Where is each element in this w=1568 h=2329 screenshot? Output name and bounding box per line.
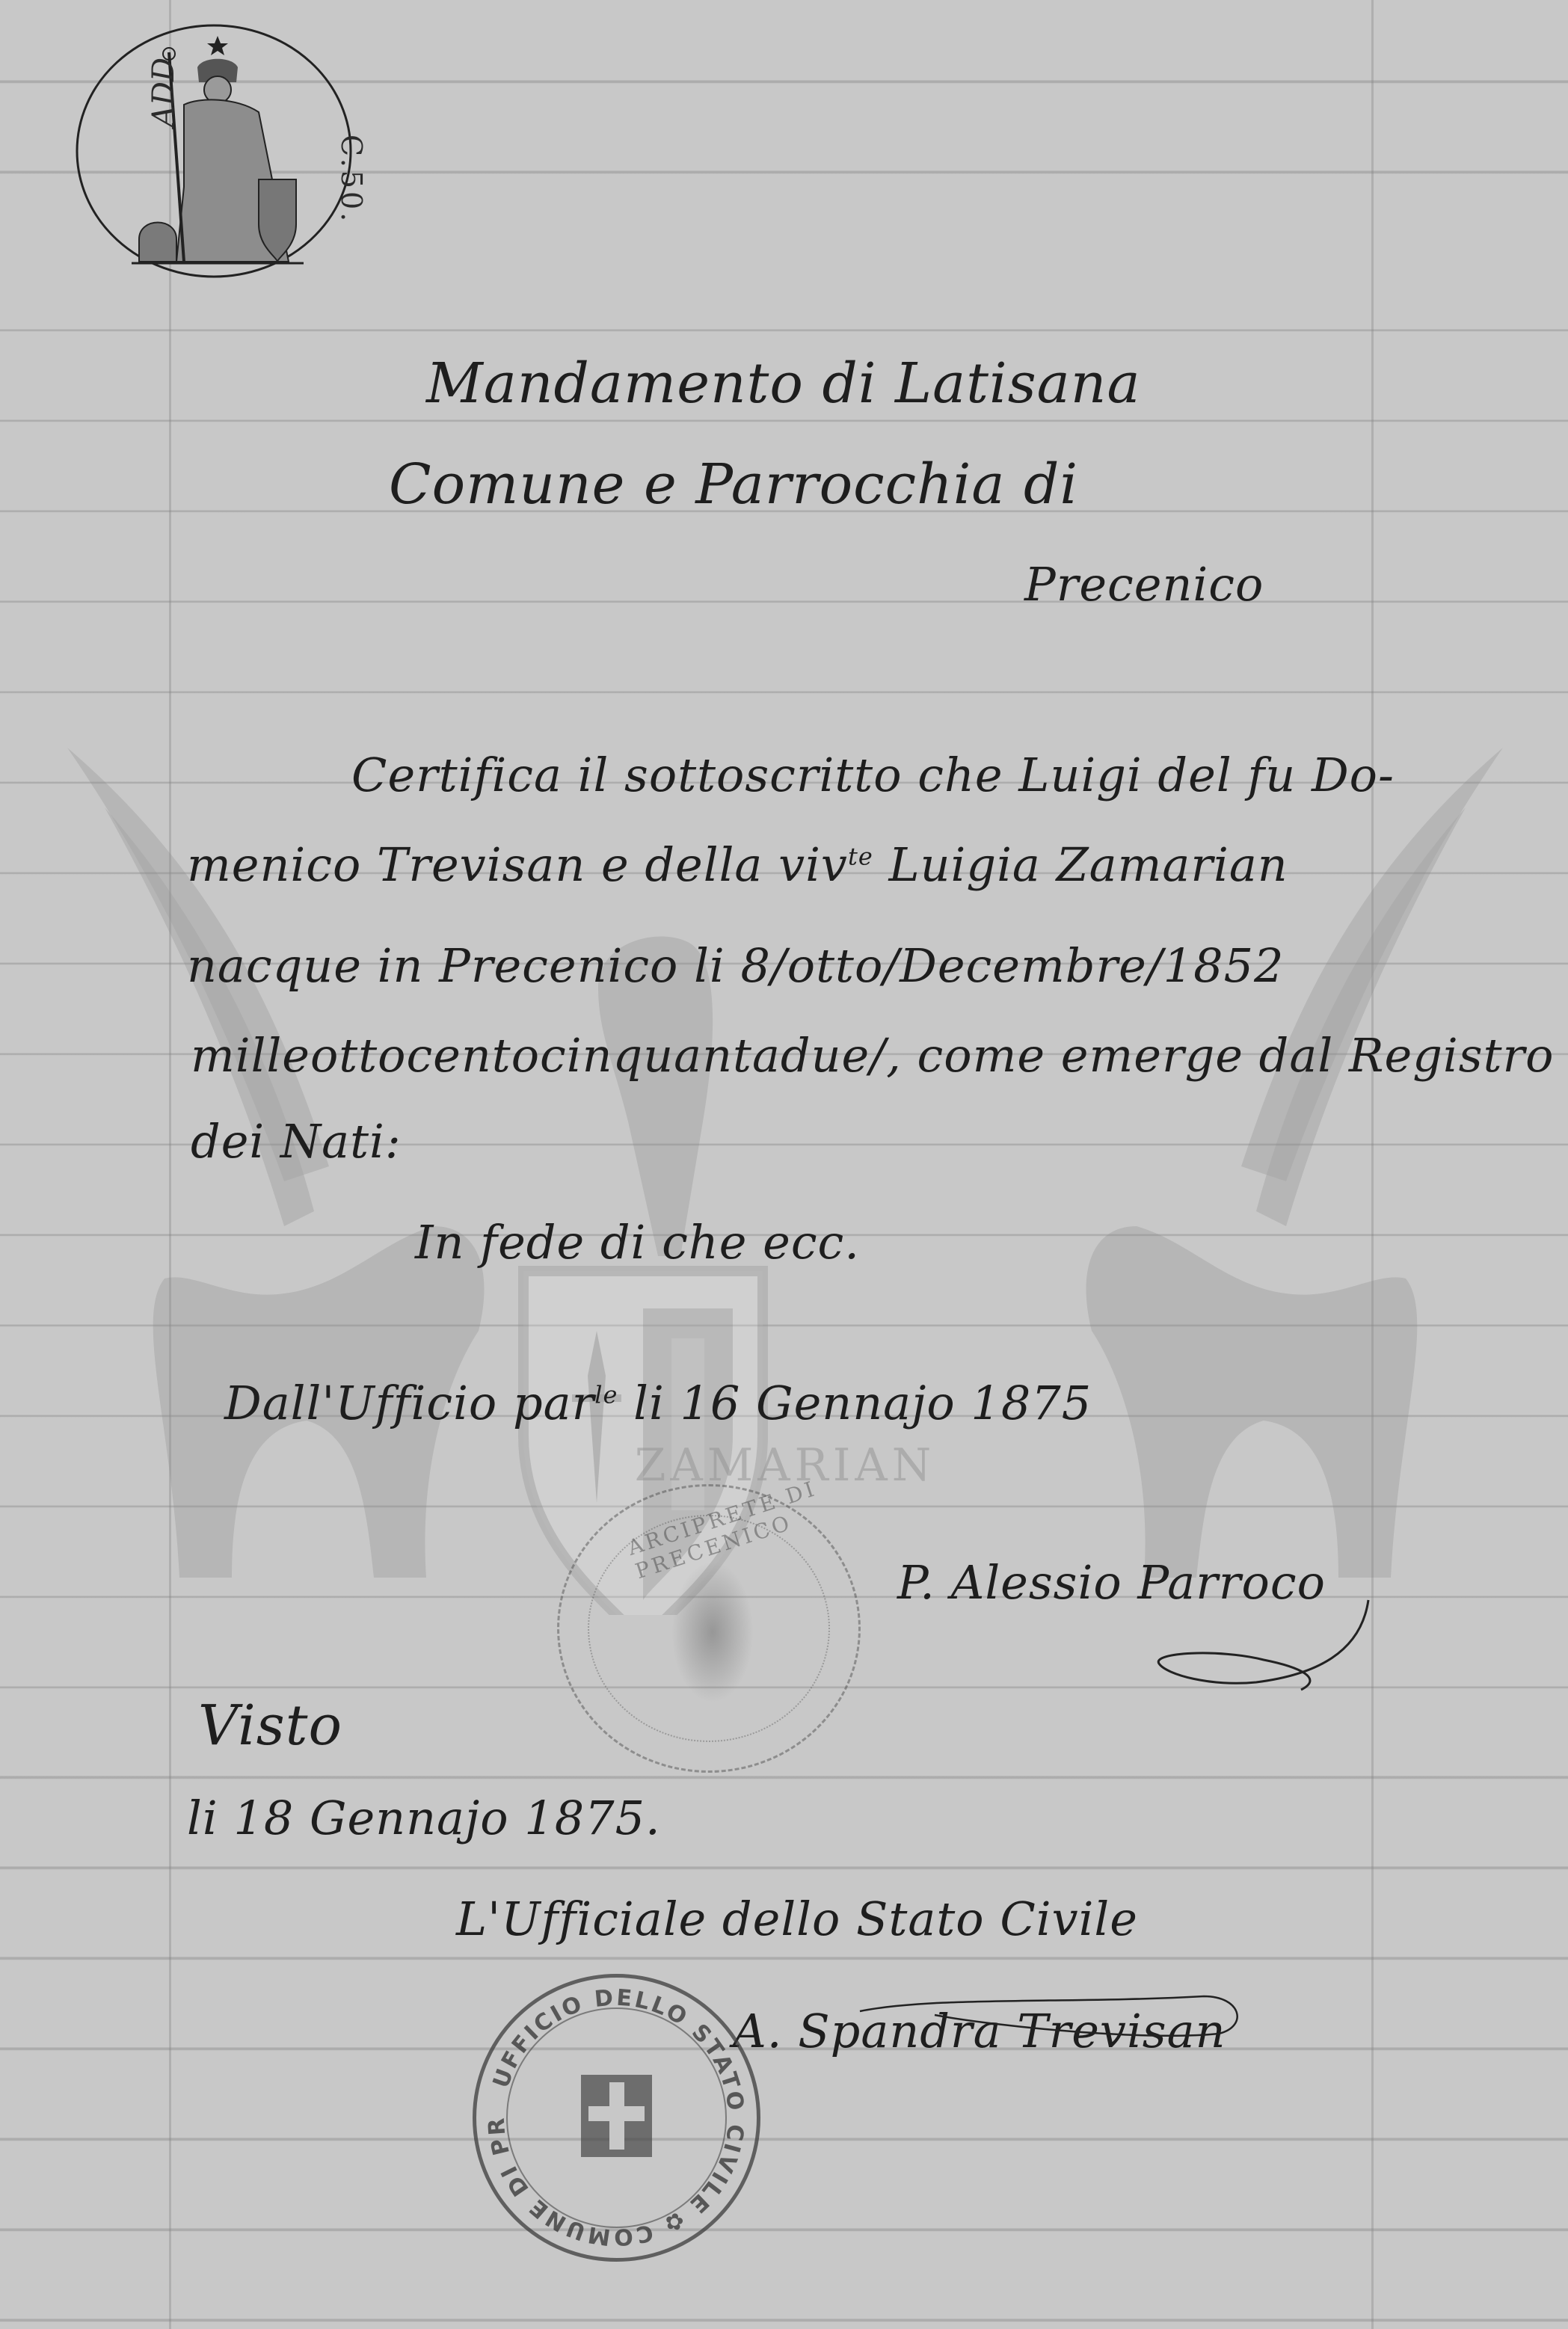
body-line-1: Certifica il sottoscritto che Luigi del … [351, 748, 1395, 802]
header-comune-parrocchia: Comune e Parrocchia di [389, 452, 1078, 517]
body-line-2-b: Luigia Zamarian [873, 837, 1288, 892]
saint-figure-icon [671, 1561, 754, 1703]
revenue-stamp: ADD C.50. [72, 22, 356, 280]
body-line-2-sup: te [848, 842, 873, 870]
visto-date: li 18 Gennajo 1875. [187, 1791, 661, 1845]
signature-underline-flourish-icon [845, 1981, 1264, 2049]
civil-registry-stamp: UFFICIO DELLO STATO CIVILE ✿ COMUNE DI P… [473, 1974, 760, 2262]
body-line-3: nacque in Precenico li 8/otto/Decembre/1… [187, 938, 1284, 993]
header-precenico: Precenico [1024, 557, 1264, 612]
parish-stamp: ARCIPRETE DI PRECENICO [557, 1484, 861, 1773]
signature-flourish-icon [1077, 1593, 1391, 1697]
savoy-cross-shield-icon [581, 2075, 652, 2157]
parish-date-sup: le [594, 1380, 618, 1409]
body-line-2: menico Trevisan e della vivte Luigia Zam… [187, 837, 1288, 892]
revenue-stamp-value: C.50. [335, 135, 368, 224]
visto-label: Visto [198, 1693, 342, 1758]
parish-date-b: li 16 Gennajo 1875 [618, 1376, 1092, 1430]
closing-formula: In fede di che ecc. [415, 1215, 860, 1270]
header-mandamento: Mandamento di Latisana [426, 351, 1141, 416]
parish-date-line: Dall'Ufficio parle li 16 Gennajo 1875 [224, 1376, 1092, 1430]
document-page: ZAMARIAN ADD C.50. Mandamento di Latisan… [0, 0, 1568, 2329]
parish-date-a: Dall'Ufficio par [224, 1376, 594, 1430]
body-line-5: dei Nati: [191, 1114, 402, 1169]
revenue-stamp-left-text: ADD [147, 58, 181, 127]
body-line-2-a: menico Trevisan e della viv [187, 837, 848, 892]
civil-officer-title: L'Ufficiale dello Stato Civile [456, 1892, 1138, 1946]
body-line-4: milleottocentocinquantadue/, come emerge… [191, 1028, 1554, 1083]
revenue-stamp-figure-icon [72, 22, 356, 280]
